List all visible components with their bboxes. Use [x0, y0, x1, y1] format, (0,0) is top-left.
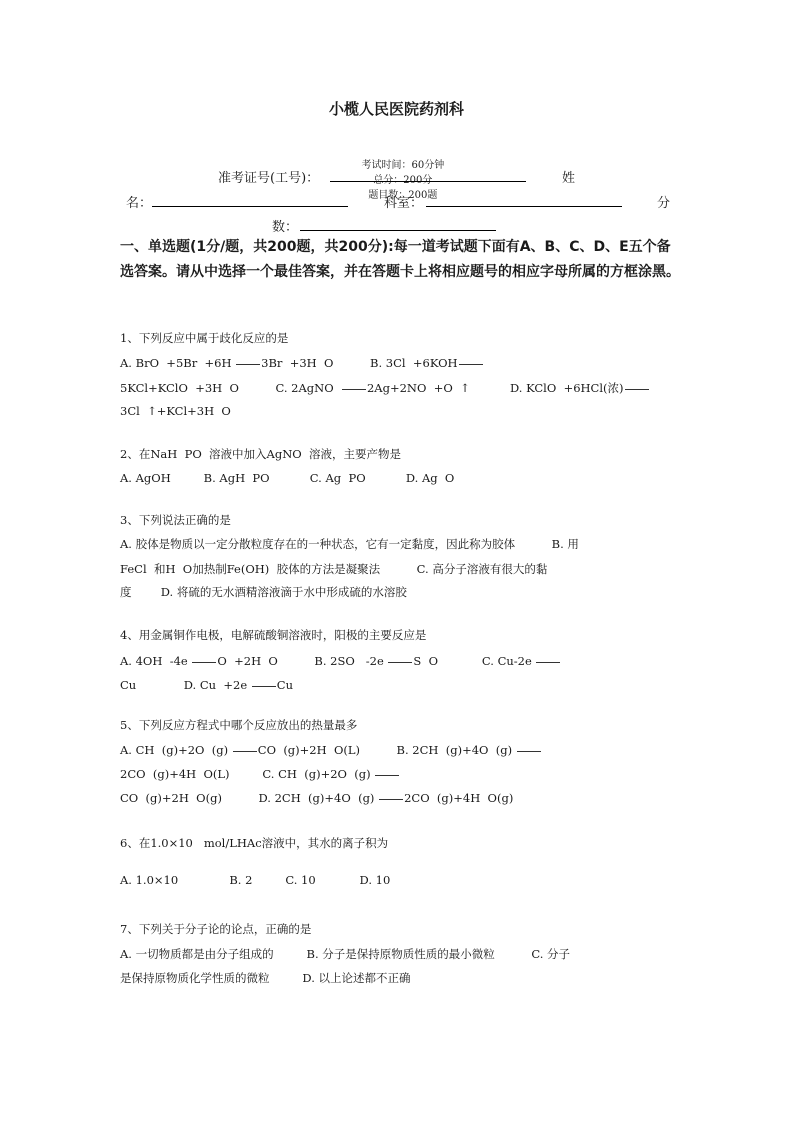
reaction-arrow [236, 364, 260, 365]
score-label-part2: 数： [272, 216, 298, 235]
question-5-line-3: CO (g)+2H O(g) D. 2CH (g)+4O (g) 2CO (g)… [120, 791, 513, 805]
reaction-arrow [342, 389, 366, 390]
question-4-stem: 4、用金属铜作电极，电解硫酸铜溶液时，阳极的主要反应是 [120, 627, 426, 643]
question-2-stem: 2、在NaH PO 溶液中加入AgNO 溶液，主要产物是 [120, 446, 401, 462]
score-label-part1: 分 [657, 192, 670, 211]
question-6-stem: 6、在1.0×10 mol/LHAc溶液中，其水的离子积为 [120, 835, 388, 851]
question-7-line-1: A. 一切物质都是由分子组成的 B. 分子是保持原物质性质的最小微粒 C. 分子 [120, 946, 570, 962]
page-title: 小榄人民医院药剂科 [0, 98, 793, 119]
score-input-line[interactable] [300, 230, 496, 231]
id-input-line[interactable] [330, 181, 526, 182]
question-4-line-1: A. 4OH -4e O +2H O B. 2SO -2e S O C. Cu-… [120, 654, 561, 668]
name-label-part1: 姓 [562, 167, 575, 186]
reaction-arrow [625, 389, 649, 390]
name-label-part2: 名： [126, 192, 152, 211]
question-3-line-3: 度 D. 将硫的无水酒精溶液滴于水中形成硫的水溶胶 [120, 584, 407, 600]
question-3-stem: 3、下列说法正确的是 [120, 512, 231, 528]
dept-input-line[interactable] [426, 206, 622, 207]
question-3-line-1: A. 胶体是物质以一定分散粒度存在的一种状态，它有一定黏度，因此称为胶体 B. … [120, 536, 579, 552]
question-7-line-2: 是保持原物质化学性质的微粒 D. 以上论述都不正确 [120, 970, 411, 986]
question-5-stem: 5、下列反应方程式中哪个反应放出的热量最多 [120, 717, 357, 733]
question-1-line-2: 5KCl+KClO +3H O C. 2AgNO 2Ag+2NO +O ↑ D.… [120, 380, 650, 396]
exam-time: 考试时间：60分钟 [361, 160, 444, 171]
question-1-line-3: 3Cl ↑+KCl+3H O [120, 404, 231, 418]
question-1-line-1: A. BrO +5Br +6H 3Br +3H O B. 3Cl +6KOH [120, 356, 484, 370]
id-label: 准考证号(工号)： [218, 167, 319, 186]
question-1-stem: 1、下列反应中属于歧化反应的是 [120, 330, 288, 346]
question-3-line-2: FeCl 和H O加热制Fe(OH) 胶体的方法是凝聚法 C. 高分子溶液有很大… [120, 561, 547, 577]
question-6-options: A. 1.0×10 B. 2 C. 10 D. 10 [120, 873, 390, 887]
name-input-line[interactable] [152, 206, 348, 207]
question-2-options: A. AgOH B. AgH PO C. Ag PO D. Ag O [120, 471, 454, 485]
section-heading: 一、单选题(1分/题，共200题，共200分):每一道考试题下面有A、B、C、D… [120, 235, 680, 285]
question-7-stem: 7、下列关于分子论的论点，正确的是 [120, 921, 311, 937]
question-4-line-2: Cu D. Cu +2e Cu [120, 678, 293, 692]
question-5-line-2: 2CO (g)+4H O(L) C. CH (g)+2O (g) [120, 767, 400, 781]
dept-label: 科室： [384, 192, 423, 211]
question-5-line-1: A. CH (g)+2O (g) CO (g)+2H O(L) B. 2CH (… [120, 743, 542, 757]
reaction-arrow [459, 364, 483, 365]
